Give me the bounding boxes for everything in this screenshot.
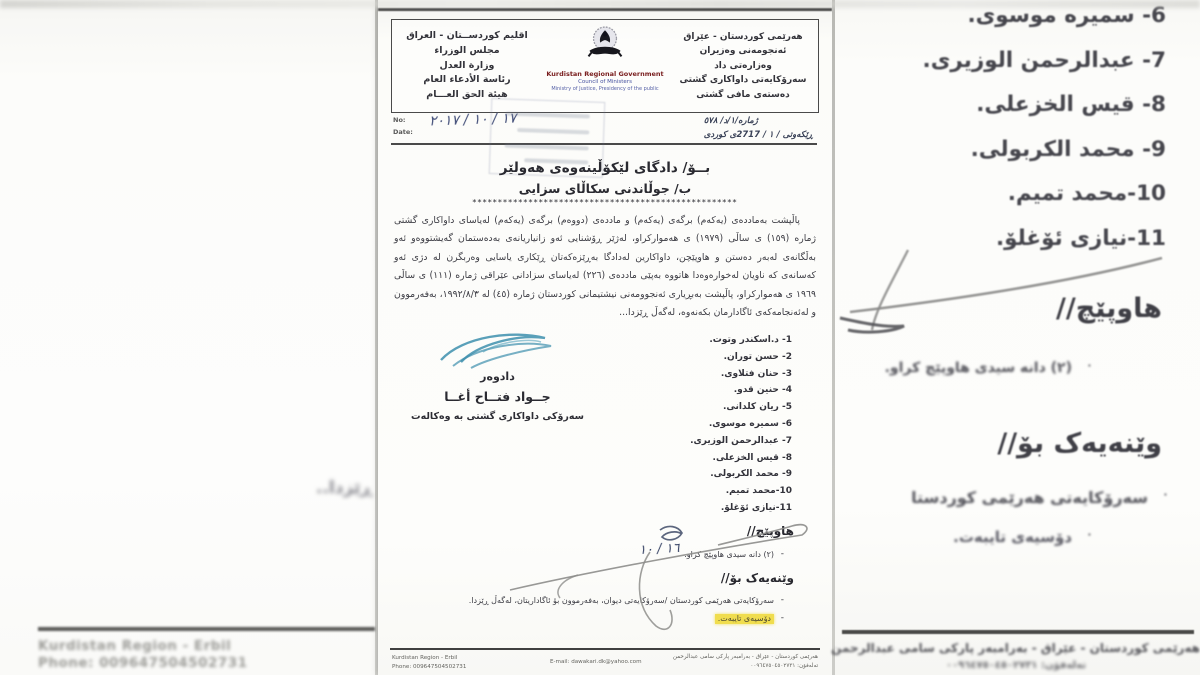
zoom-accused-list: 6- سمیرە موسوی. 7- عبدالرحمن الوزیری. 8-… <box>923 0 1166 261</box>
zoom-accused-item: 11-نیازی ئۆغلۆ. <box>923 217 1166 262</box>
letterhead-line: وەزارەتی داد <box>672 59 814 73</box>
footer-phone-line: تەلەفۆن: ٠٠٩٦٤٧٥٠٤٥٠٢٧٣١ <box>673 662 818 671</box>
bullet-dot: · <box>1087 356 1092 375</box>
footer-address-ku: هەرێمی کوردستان - عێراق - بەرامبەر پارکی… <box>673 653 818 671</box>
copy-to-heading: وێنەیەک بۆ// <box>721 571 794 585</box>
accused-list-item: 6- سمیرە موسوی. <box>572 416 792 433</box>
ref-date-label: Date: <box>393 126 413 138</box>
page-top-edge <box>378 8 832 11</box>
attachment-item: (٢) دانە سیدی هاوپێچ کراو. <box>684 550 774 559</box>
accused-list-item: 1- د.اسکندر وتوت. <box>572 332 792 349</box>
emblem-council-name: Council of Ministers <box>578 79 632 85</box>
accused-list-item: 3- حنان فتلاوی. <box>572 366 792 383</box>
right-zoom-page: 6- سمیرە موسوی. 7- عبدالرحمن الوزیری. 8-… <box>832 0 1200 675</box>
zoom-copy-item-special-file: دۆسیەی تایبەت. <box>953 528 1072 546</box>
zoom-footer-rule <box>842 630 1194 634</box>
footer-address-en: Kurdistan Region - Erbil Phone: 00964750… <box>392 654 466 672</box>
letter-body: پاڵپشت بەماددەی (یەکەم) برگەی (یەکەم) و … <box>394 212 816 322</box>
footer-rule <box>390 648 820 650</box>
letterhead-center-block: Kurdistan Regional Government Council of… <box>542 20 668 112</box>
stars-separator: ****************************************… <box>378 198 832 207</box>
ref-underline <box>391 143 817 145</box>
letterhead-line: اقليم كوردســتان - العراق <box>396 29 538 44</box>
official-letter-page: اقليم كوردســتان - العراق مجلس الوزراء و… <box>378 0 832 675</box>
emblem-org-name: Kurdistan Regional Government <box>546 70 663 78</box>
accused-list-item: 5- ریان کلدانی. <box>572 399 792 416</box>
accused-list-item: 2- حسن توران. <box>572 349 792 366</box>
letterhead-box: اقليم كوردســتان - العراق مجلس الوزراء و… <box>391 19 819 113</box>
accused-list-item: 8- قیس الخزعلی. <box>572 450 792 467</box>
letterhead-line: مجلس الوزراء <box>396 44 538 59</box>
zoom-accused-item: 7- عبدالرحمن الوزیری. <box>923 39 1166 84</box>
bullet-dash: - <box>781 613 784 623</box>
left-footer-phone: Phone: 009647504502731 <box>38 655 248 671</box>
scanned-letter-photo: ڕێزدا.. Kurdistan Region - Erbil Phone: … <box>0 0 1200 675</box>
krg-eagle-emblem-icon <box>583 23 627 69</box>
bullet-dot: · <box>1087 525 1092 544</box>
ref-labels: No: Date: <box>393 114 413 139</box>
footer-phone-line: Phone: 009647504502731 <box>392 663 466 672</box>
footer-address-line: هەرێمی کوردستان - عێراق - بەرامبەر پارکی… <box>673 653 818 662</box>
footer-region-line: Kurdistan Region - Erbil <box>392 654 466 663</box>
zoom-attachment-heading: هاوپێچ// <box>1056 293 1162 324</box>
letter-title-to: بــۆ/ دادگای لێکۆڵینەوەی هەولێر <box>378 160 832 176</box>
copy-item-special-file-highlighted: دۆسیەی تایبەت. <box>715 614 774 624</box>
zoom-copy-heading: وێنەیەک بۆ// <box>997 428 1162 459</box>
letterhead-line: رئاسة الأدعاء العام <box>396 73 538 88</box>
left-footer-rule <box>38 627 375 631</box>
zoom-attachment-item: (٢) دانە سیدی هاوپێچ کراو. <box>885 360 1072 376</box>
bullet-dot: · <box>1163 485 1168 504</box>
accused-list-item: 9- محمد الکربولی. <box>572 466 792 483</box>
letterhead-line: هەرێمی کوردستان - عێراق <box>672 30 814 44</box>
zoom-footer-address: هەرێمی کوردستان - عێراق - بەرامبەر پارکی… <box>832 641 1200 655</box>
accused-list: 1- د.اسکندر وتوت. 2- حسن توران. 3- حنان … <box>572 332 792 517</box>
zoom-accused-item: 8- قیس الخزعلی. <box>923 83 1166 128</box>
ref-kurdish-date-value: ڕێکەوتی / ١ / 2717ی کوردی <box>704 128 813 142</box>
left-text-fragment: ڕێزدا.. <box>316 478 372 498</box>
bullet-dash: - <box>781 595 784 605</box>
copy-item-presidency: سەرۆکایەتی هەرێمی کوردستان /سەرۆکایەتی د… <box>469 596 774 605</box>
scan-top-smudge <box>0 0 1200 8</box>
ref-number-value: ژمارە/١/د/ ٥٧٨ <box>704 114 813 128</box>
accused-list-item: 10-محمد تمیم. <box>572 483 792 500</box>
ref-number-line: ژمارە/١/د/ ٥٧٨ ڕێکەوتی / ١ / 2717ی کوردی <box>704 114 813 143</box>
letterhead-line: ئەنجومەنی وەزیران <box>672 44 814 58</box>
signature-block: دادوەر جــواد فتــاح أغــا سەرۆکی داواکا… <box>400 328 595 422</box>
letterhead-line: وزارة العدل <box>396 59 538 74</box>
footer-email: E-mail: dawakari.dk@yahoo.com <box>550 658 642 667</box>
accused-list-item: 7- عبدالرحمن الوزیری. <box>572 433 792 450</box>
handwritten-note: ١٦ / ١٠ <box>639 541 680 558</box>
judge-title: سەرۆکی داواکاری گشتی بە وەکالەت <box>400 411 595 422</box>
accused-list-item: 4- حنین قدو. <box>572 382 792 399</box>
attachment-heading: هاوپێچ// <box>747 524 794 538</box>
zoom-copy-item-presidency: سەرۆکایەتی هەرێمی کوردستا <box>911 488 1148 507</box>
emblem-ministry-name: Ministry of Justice, Presidency of the p… <box>551 86 658 92</box>
letter-subject: ب/ جوڵاندنی سکاڵای سزایی <box>378 181 832 196</box>
left-zoom-page: ڕێزدا.. Kurdistan Region - Erbil Phone: … <box>0 0 378 675</box>
letterhead-line: دەستەی مافی گشتی <box>672 88 814 102</box>
page-edge-divider <box>832 0 835 675</box>
accused-list-item: 11-نیازی ئۆغلۆ. <box>572 500 792 517</box>
judge-name: جــواد فتــاح أغــا <box>400 389 595 404</box>
zoom-accused-item: 9- محمد الکربولی. <box>923 128 1166 173</box>
letterhead-kurdish-block: هەرێمی کوردستان - عێراق ئەنجومەنی وەزیرا… <box>668 20 818 112</box>
left-footer-region: Kurdistan Region - Erbil <box>38 638 231 654</box>
zoom-footer-phone: تەلەفۆن: ٠٠٩٦٤٧٥٠٤٥٠٢٧٣١ <box>832 660 1200 671</box>
letterhead-line: سەرۆکایەتی داواکاری گشتی <box>672 73 814 87</box>
bullet-dash: - <box>781 549 784 559</box>
zoom-accused-item: 10-محمد تمیم. <box>923 172 1166 217</box>
ref-no-label: No: <box>393 114 413 126</box>
